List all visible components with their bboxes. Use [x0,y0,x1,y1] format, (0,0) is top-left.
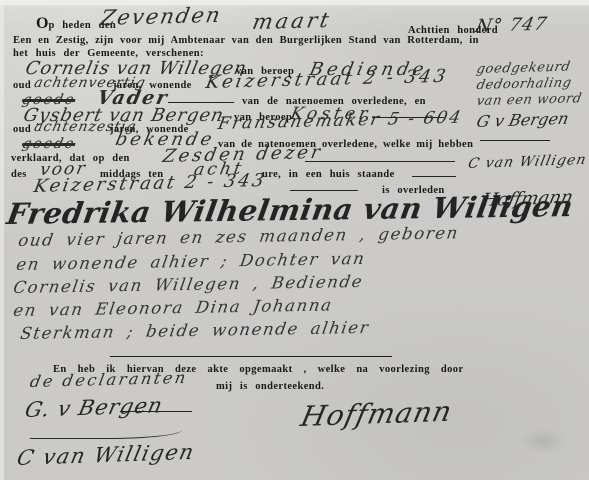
signature-bergen: G. v Bergen [23,393,165,422]
margin-signature-willigen: C van Willigen [467,152,589,172]
printed-oud-1: oud [13,80,31,91]
printed-header-line2: Een en Zestig, zijn voor mij Ambtenaar v… [13,35,479,46]
filler-dash [290,190,358,191]
margin-note-line2: dedoorhaling [475,76,573,93]
deceased-details-line4: en van Eleonora Dina Johanna [12,295,334,320]
margin-note-line1: goedgekeurd [475,60,572,77]
deceased-details-line3: Cornelis van Willegen , Bediende [12,272,365,297]
printed-ure-huis-staande: ure, in een huis staande [262,169,395,180]
paper-edge-left [0,0,4,480]
closing-separator-rule [110,356,392,357]
margin-signature-hoffmann: Hoffmann [480,187,576,211]
signature-willigen: C van Willigen [15,440,197,470]
printed-des: des [11,169,27,180]
signature-flourish [120,411,192,412]
act-number: N° 747 [474,14,550,37]
filler-dash [412,176,456,177]
paper-smudge [520,428,566,454]
deceased-details-line5: Sterkman ; beide wonende alhier [19,318,371,343]
printed-oud-2: oud [13,124,31,135]
margin-note-line3: van een woord [475,91,583,109]
margin-signature-underline [480,140,550,141]
filler-dash [305,161,455,162]
printed-closing-line2: mij is onderteekend. [216,381,324,392]
handwritten-date-day: Zevenden [99,3,224,30]
signature-underline-flourish [30,430,182,439]
handwritten-date-month: maart [251,8,334,34]
paper-edge-top [0,0,589,5]
margin-signature-bergen: G v Bergen [475,109,571,131]
handwritten-de-declaranten: de declaranten [28,368,189,391]
death-certificate-scan: Op heden den Zevenden maart Achttien hon… [0,0,589,480]
signature-hoffmann: Hoffmann [298,395,456,433]
deceased-details-line2: en wonende alhier ; Dochter van [15,249,367,274]
filler-dash [168,102,234,103]
declarant2-struck-word: goede [21,136,77,152]
